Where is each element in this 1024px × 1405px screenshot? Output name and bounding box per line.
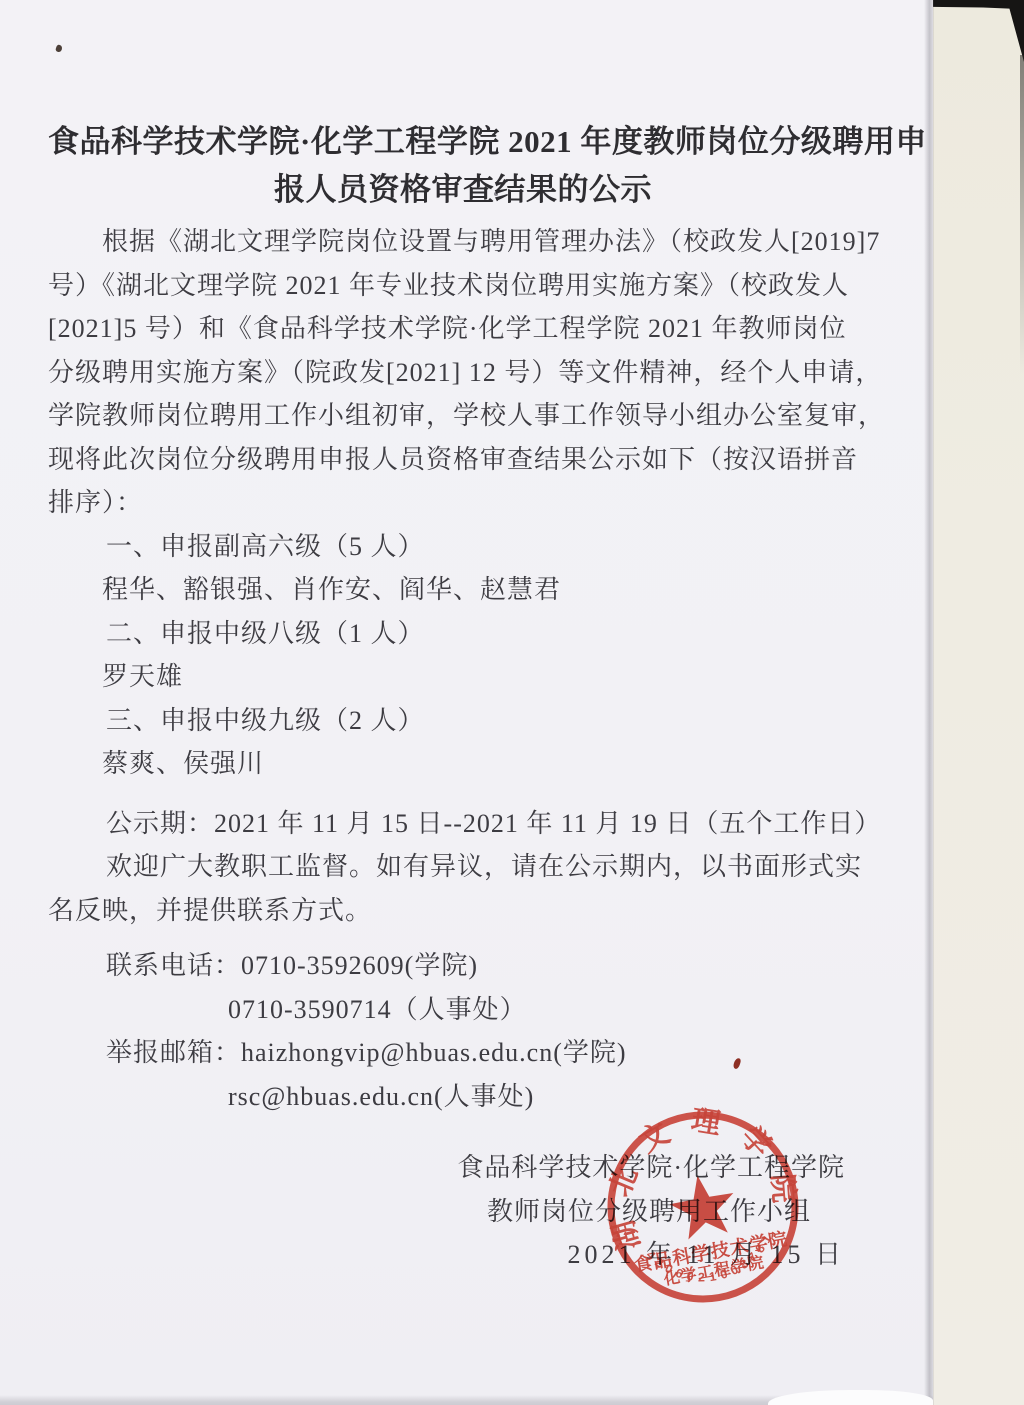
contact-email: 举报邮箱：haizhongvip@hbuas.edu.cn(学院) — [48, 1031, 878, 1075]
body-line: 现将此次岗位分级聘用申报人员资格审查结果公示如下（按汉语拼音 — [48, 438, 878, 482]
body-line: 名反映，并提供联系方式。 — [48, 889, 878, 933]
body-line: 欢迎广大教职工监督。如有异议，请在公示期内，以书面形式实 — [48, 845, 878, 889]
contact-phone: 0710-3590714（人事处） — [48, 988, 878, 1032]
body-line: 分级聘用实施方案》（院政发[2021] 12 号）等文件精神，经个人申请， — [48, 351, 878, 395]
seal-graphic: 湖北文理学院 食品科学技术学院 化学工程学院 4206021008781 — [587, 1091, 819, 1323]
scanned-notice-page: 食品科学技术学院·化学工程学院 2021 年度教师岗位分级聘用申 报人员资格审查… — [0, 0, 1024, 1405]
scan-speck — [55, 44, 63, 53]
notice-body: 根据《湖北文理学院岗位设置与聘用管理办法》（校政发人[2019]7 号）《湖北文… — [48, 220, 878, 1118]
notice-title-line2: 报人员资格审查结果的公示 — [48, 166, 878, 214]
underlying-sheet — [933, 0, 1024, 1405]
section-header: 二、申报中级八级（1 人） — [48, 612, 878, 656]
body-line: [2021]5 号）和《食品科学技术学院·化学工程学院 2021 年教师岗位 — [48, 307, 878, 351]
publicity-period: 公示期：2021 年 11 月 15 日--2021 年 11 月 19 日（五… — [48, 802, 878, 846]
name-list: 罗天雄 — [48, 655, 878, 699]
notice-title: 食品科学技术学院·化学工程学院 2021 年度教师岗位分级聘用申 报人员资格审查… — [48, 118, 878, 214]
body-line: 号）《湖北文理学院 2021 年专业技术岗位聘用实施方案》（校政发人 — [48, 264, 878, 308]
paper-tear-mark — [768, 1390, 933, 1405]
section-header: 三、申报中级九级（2 人） — [48, 699, 878, 743]
contact-phone: 联系电话：0710-3592609(学院) — [48, 944, 878, 988]
name-list: 蔡爽、侯强川 — [48, 742, 878, 786]
page-edge-shadow — [924, 0, 934, 1405]
body-line: 排序）： — [48, 481, 878, 525]
official-seal: 湖北文理学院 食品科学技术学院 化学工程学院 4206021008781 — [587, 1091, 819, 1323]
section-header: 一、申报副高六级（5 人） — [48, 525, 878, 569]
body-line: 根据《湖北文理学院岗位设置与聘用管理办法》（校政发人[2019]7 — [48, 220, 878, 264]
name-list: 程华、豁银强、肖作安、阎华、赵慧君 — [48, 568, 878, 612]
scan-edge-shadow — [1020, 55, 1024, 375]
notice-title-line1: 食品科学技术学院·化学工程学院 2021 年度教师岗位分级聘用申 — [48, 118, 878, 166]
body-line: 学院教师岗位聘用工作小组初审，学校人事工作领导小组办公室复审， — [48, 394, 878, 438]
seal-star-icon — [666, 1170, 740, 1242]
